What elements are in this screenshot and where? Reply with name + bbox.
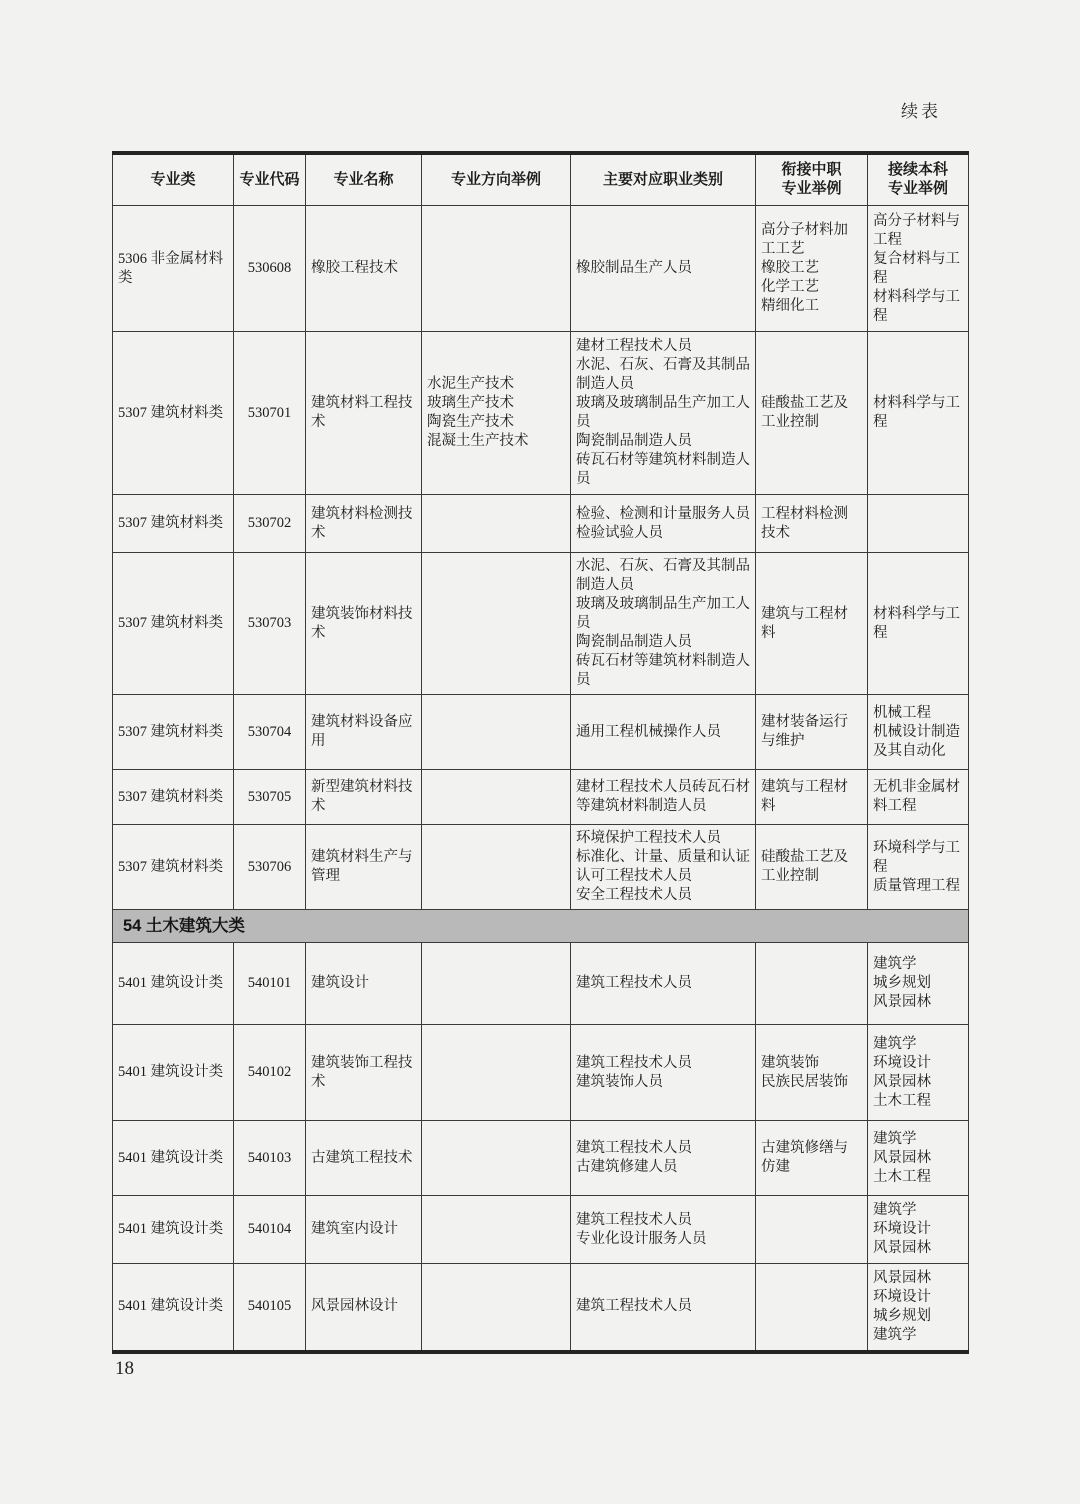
- cell-category: 5307 建筑材料类: [113, 553, 234, 695]
- column-header-name: 专业名称: [306, 153, 422, 206]
- cell-category: 5401 建筑设计类: [113, 1264, 234, 1352]
- cell-directions: [422, 1121, 571, 1196]
- table-row: 5307 建筑材料类530703建筑装饰材料技术水泥、石灰、石膏及其制品制造人员…: [113, 553, 969, 695]
- cell-mid_voc: 建筑装饰民族民居装饰: [756, 1025, 868, 1121]
- table-row: 5307 建筑材料类530702建筑材料检测技术检验、检测和计量服务人员检验试验…: [113, 495, 969, 553]
- cell-category: 5401 建筑设计类: [113, 1196, 234, 1264]
- cell-occupations: 水泥、石灰、石膏及其制品制造人员玻璃及玻璃制品生产加工人员陶瓷制品制造人员砖瓦石…: [571, 553, 756, 695]
- cell-directions: [422, 695, 571, 770]
- cell-bachelor: 建筑学环境设计风景园林: [868, 1196, 969, 1264]
- section-label: 54 土木建筑大类: [113, 910, 969, 943]
- cell-bachelor: 材料科学与工程: [868, 332, 969, 495]
- column-header-directions: 专业方向举例: [422, 153, 571, 206]
- cell-occupations: 橡胶制品生产人员: [571, 206, 756, 332]
- cell-bachelor: 风景园林环境设计城乡规划建筑学: [868, 1264, 969, 1352]
- cell-category: 5307 建筑材料类: [113, 332, 234, 495]
- cell-code: 530705: [234, 770, 306, 825]
- cell-name: 建筑材料设备应用: [306, 695, 422, 770]
- table-row: 5401 建筑设计类540103古建筑工程技术建筑工程技术人员古建筑修建人员古建…: [113, 1121, 969, 1196]
- cell-category: 5306 非金属材料类: [113, 206, 234, 332]
- cell-code: 540101: [234, 943, 306, 1025]
- cell-category: 5401 建筑设计类: [113, 1121, 234, 1196]
- column-header-category: 专业类: [113, 153, 234, 206]
- cell-mid_voc: 工程材料检测技术: [756, 495, 868, 553]
- cell-directions: [422, 1196, 571, 1264]
- cell-category: 5307 建筑材料类: [113, 770, 234, 825]
- column-header-bachelor: 接续本科专业举例: [868, 153, 969, 206]
- cell-bachelor: [868, 495, 969, 553]
- cell-mid_voc: 建筑与工程材料: [756, 553, 868, 695]
- cell-code: 540104: [234, 1196, 306, 1264]
- cell-occupations: 建筑工程技术人员建筑装饰人员: [571, 1025, 756, 1121]
- cell-directions: [422, 206, 571, 332]
- cell-directions: [422, 943, 571, 1025]
- cell-mid_voc: 硅酸盐工艺及工业控制: [756, 332, 868, 495]
- cell-bachelor: 材料科学与工程: [868, 553, 969, 695]
- cell-directions: [422, 1025, 571, 1121]
- cell-name: 风景园林设计: [306, 1264, 422, 1352]
- table-row: 5306 非金属材料类530608橡胶工程技术橡胶制品生产人员高分子材料加工工艺…: [113, 206, 969, 332]
- cell-occupations: 通用工程机械操作人员: [571, 695, 756, 770]
- cell-category: 5307 建筑材料类: [113, 825, 234, 910]
- cell-directions: [422, 1264, 571, 1352]
- cell-code: 530706: [234, 825, 306, 910]
- cell-mid_voc: [756, 1196, 868, 1264]
- cell-category: 5401 建筑设计类: [113, 1025, 234, 1121]
- cell-mid_voc: [756, 943, 868, 1025]
- cell-bachelor: 机械工程机械设计制造及其自动化: [868, 695, 969, 770]
- cell-directions: [422, 825, 571, 910]
- cell-bachelor: 建筑学城乡规划风景园林: [868, 943, 969, 1025]
- column-header-mid_voc: 衔接中职专业举例: [756, 153, 868, 206]
- continuation-label: 续表: [901, 97, 941, 122]
- cell-name: 建筑材料检测技术: [306, 495, 422, 553]
- cell-occupations: 建筑工程技术人员专业化设计服务人员: [571, 1196, 756, 1264]
- table-row: 5401 建筑设计类540102建筑装饰工程技术建筑工程技术人员建筑装饰人员建筑…: [113, 1025, 969, 1121]
- cell-occupations: 建筑工程技术人员古建筑修建人员: [571, 1121, 756, 1196]
- cell-mid_voc: 高分子材料加工工艺橡胶工艺化学工艺精细化工: [756, 206, 868, 332]
- cell-name: 建筑材料生产与管理: [306, 825, 422, 910]
- column-header-occupations: 主要对应职业类别: [571, 153, 756, 206]
- cell-code: 530702: [234, 495, 306, 553]
- section-row: 54 土木建筑大类: [113, 910, 969, 943]
- cell-category: 5401 建筑设计类: [113, 943, 234, 1025]
- cell-occupations: 建筑工程技术人员: [571, 1264, 756, 1352]
- cell-name: 建筑室内设计: [306, 1196, 422, 1264]
- page-number: 18: [115, 1358, 134, 1380]
- cell-category: 5307 建筑材料类: [113, 495, 234, 553]
- cell-code: 540102: [234, 1025, 306, 1121]
- majors-table: 专业类专业代码专业名称专业方向举例主要对应职业类别衔接中职专业举例接续本科专业举…: [112, 151, 969, 1354]
- cell-code: 530704: [234, 695, 306, 770]
- cell-code: 540103: [234, 1121, 306, 1196]
- cell-code: 530703: [234, 553, 306, 695]
- cell-mid_voc: 古建筑修缮与仿建: [756, 1121, 868, 1196]
- cell-occupations: 建材工程技术人员砖瓦石材等建筑材料制造人员: [571, 770, 756, 825]
- table-row: 5401 建筑设计类540101建筑设计建筑工程技术人员建筑学城乡规划风景园林: [113, 943, 969, 1025]
- cell-bachelor: 无机非金属材料工程: [868, 770, 969, 825]
- cell-bachelor: 建筑学环境设计风景园林土木工程: [868, 1025, 969, 1121]
- cell-code: 540105: [234, 1264, 306, 1352]
- cell-name: 新型建筑材料技术: [306, 770, 422, 825]
- cell-mid_voc: 硅酸盐工艺及工业控制: [756, 825, 868, 910]
- cell-code: 530701: [234, 332, 306, 495]
- cell-directions: 水泥生产技术玻璃生产技术陶瓷生产技术混凝土生产技术: [422, 332, 571, 495]
- cell-directions: [422, 770, 571, 825]
- cell-category: 5307 建筑材料类: [113, 695, 234, 770]
- cell-bachelor: 建筑学风景园林土木工程: [868, 1121, 969, 1196]
- cell-occupations: 建筑工程技术人员: [571, 943, 756, 1025]
- cell-mid_voc: [756, 1264, 868, 1352]
- cell-mid_voc: 建材装备运行与维护: [756, 695, 868, 770]
- table-row: 5307 建筑材料类530701建筑材料工程技术水泥生产技术玻璃生产技术陶瓷生产…: [113, 332, 969, 495]
- cell-directions: [422, 553, 571, 695]
- document-page: 续表 专业类专业代码专业名称专业方向举例主要对应职业类别衔接中职专业举例接续本科…: [0, 0, 1080, 1504]
- cell-mid_voc: 建筑与工程材料: [756, 770, 868, 825]
- cell-name: 橡胶工程技术: [306, 206, 422, 332]
- table-row: 5307 建筑材料类530705新型建筑材料技术建材工程技术人员砖瓦石材等建筑材…: [113, 770, 969, 825]
- table-row: 5307 建筑材料类530704建筑材料设备应用通用工程机械操作人员建材装备运行…: [113, 695, 969, 770]
- cell-name: 建筑设计: [306, 943, 422, 1025]
- cell-name: 古建筑工程技术: [306, 1121, 422, 1196]
- cell-code: 530608: [234, 206, 306, 332]
- cell-occupations: 建材工程技术人员水泥、石灰、石膏及其制品制造人员玻璃及玻璃制品生产加工人员陶瓷制…: [571, 332, 756, 495]
- table-row: 5401 建筑设计类540105风景园林设计建筑工程技术人员风景园林环境设计城乡…: [113, 1264, 969, 1352]
- cell-occupations: 检验、检测和计量服务人员检验试验人员: [571, 495, 756, 553]
- table-row: 5401 建筑设计类540104建筑室内设计建筑工程技术人员专业化设计服务人员建…: [113, 1196, 969, 1264]
- table-row: 5307 建筑材料类530706建筑材料生产与管理环境保护工程技术人员标准化、计…: [113, 825, 969, 910]
- cell-directions: [422, 495, 571, 553]
- cell-name: 建筑材料工程技术: [306, 332, 422, 495]
- column-header-code: 专业代码: [234, 153, 306, 206]
- cell-name: 建筑装饰工程技术: [306, 1025, 422, 1121]
- cell-name: 建筑装饰材料技术: [306, 553, 422, 695]
- cell-occupations: 环境保护工程技术人员标准化、计量、质量和认证认可工程技术人员安全工程技术人员: [571, 825, 756, 910]
- cell-bachelor: 高分子材料与工程复合材料与工程材料科学与工程: [868, 206, 969, 332]
- cell-bachelor: 环境科学与工程质量管理工程: [868, 825, 969, 910]
- table-header-row: 专业类专业代码专业名称专业方向举例主要对应职业类别衔接中职专业举例接续本科专业举…: [113, 153, 969, 206]
